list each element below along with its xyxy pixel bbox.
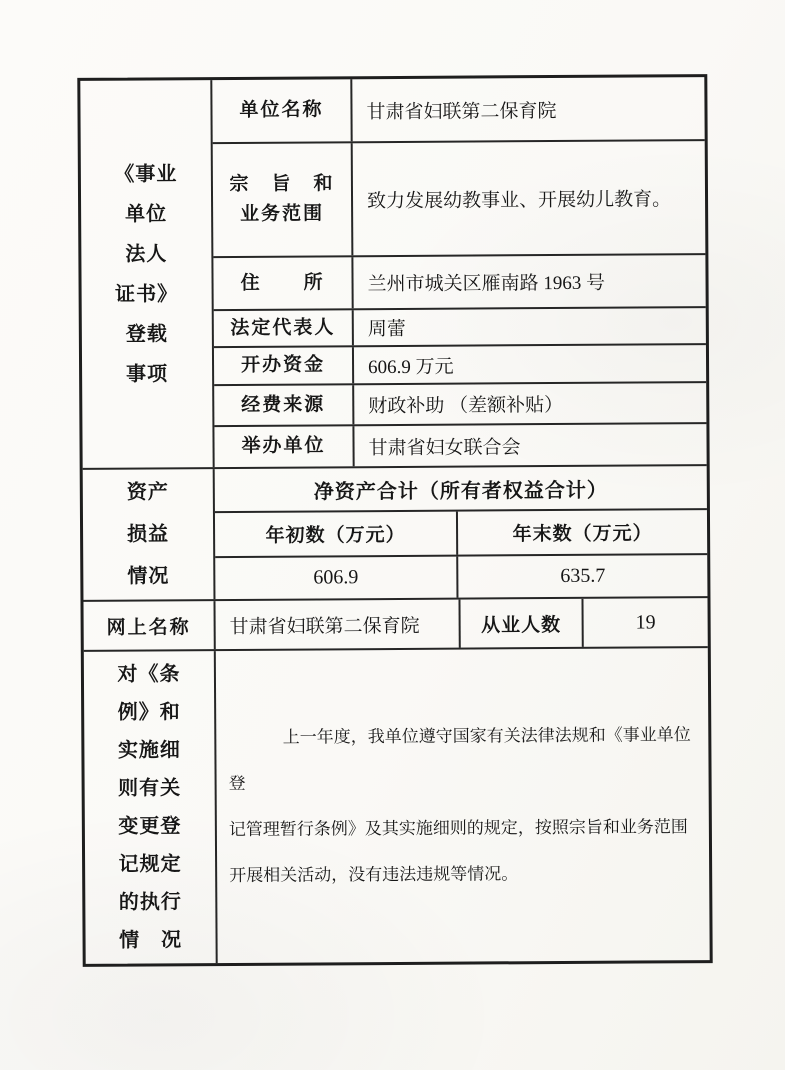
staff-count-value: 19 — [583, 598, 707, 647]
online-name-value: 甘肃省妇联第二保育院 — [215, 600, 460, 650]
row-legal-representative: 法定代表人 周蕾 — [214, 306, 706, 346]
row-sponsor-unit: 举办单位 甘肃省妇女联合会 — [214, 422, 706, 467]
unit-name-value: 甘肃省妇联第二保育院 — [352, 77, 704, 141]
row-net-assets-title: 净资产合计（所有者权益合计） — [215, 466, 707, 511]
assets-heading: 资产 损益 情况 — [127, 471, 170, 597]
section-assets: 资产 损益 情况 净资产合计（所有者权益合计） 年初数（万元） 年末数（万元） … — [83, 464, 708, 600]
row-assets-values: 606.9 635.7 — [215, 553, 707, 599]
mission-scope-label: 宗 旨 和 业务范围 — [213, 143, 354, 256]
section-certificate-items: 《事业 单位 法人 证书》 登载 事项 单位名称 甘肃省妇联第二保育院 宗 旨 … — [80, 77, 706, 468]
section1-row-header: 《事业 单位 法人 证书》 登载 事项 — [80, 80, 214, 468]
row-mission-scope: 宗 旨 和 业务范围 致力发展幼教事业、开展幼儿教育。 — [213, 139, 706, 256]
sponsor-unit-label: 举办单位 — [214, 426, 354, 467]
year-end-value: 635.7 — [458, 555, 707, 598]
section-online-name: 网上名称 甘肃省妇联第二保育院 从业人数 19 — [83, 596, 707, 650]
compliance-statement-cell: 上一年度，我单位遵守国家有关法律法规和《事业单位登 记管理暂行条例》及其实施细则… — [216, 648, 710, 963]
net-assets-title: 净资产合计（所有者权益合计） — [215, 466, 707, 511]
compliance-heading: 对《条 例》和 实施细 则有关 变更登 记规定 的执行 情 况 — [117, 655, 182, 959]
unit-name-label: 单位名称 — [212, 79, 352, 142]
scanned-page: 《事业 单位 法人 证书》 登载 事项 单位名称 甘肃省妇联第二保育院 宗 旨 … — [0, 0, 785, 1070]
certificate-items-heading: 《事业 单位 法人 证书》 登载 事项 — [114, 154, 178, 394]
online-name-label: 网上名称 — [83, 601, 215, 650]
funding-source-label: 经费来源 — [214, 385, 354, 425]
section2-row-header: 资产 损益 情况 — [83, 469, 216, 600]
section-compliance: 对《条 例》和 实施细 则有关 变更登 记规定 的执行 情 况 上一年度，我单位… — [84, 646, 710, 964]
funding-source-value: 财政补助 （差额补贴） — [354, 383, 706, 424]
address-label: 住 所 — [213, 257, 353, 309]
year-start-header: 年初数（万元） — [215, 512, 458, 556]
year-start-value: 606.9 — [215, 557, 458, 599]
row-unit-name: 单位名称 甘肃省妇联第二保育院 — [212, 77, 704, 142]
year-end-header: 年末数（万元） — [458, 510, 707, 555]
sponsor-unit-value: 甘肃省妇女联合会 — [354, 424, 706, 466]
row-assets-subheaders: 年初数（万元） 年末数（万元） — [215, 508, 707, 556]
legal-representative-value: 周蕾 — [354, 308, 706, 345]
section1-content: 单位名称 甘肃省妇联第二保育院 宗 旨 和 业务范围 致力发展幼教事业、开展幼儿… — [212, 77, 706, 467]
row-funding-source: 经费来源 财政补助 （差额补贴） — [214, 381, 706, 425]
row-address: 住 所 兰州市城关区雁南路 1963 号 — [213, 253, 705, 309]
staff-count-label: 从业人数 — [460, 599, 583, 648]
legal-representative-label: 法定代表人 — [214, 310, 354, 346]
compliance-statement-text: 上一年度，我单位遵守国家有关法律法规和《事业单位登 记管理暂行条例》及其实施细则… — [216, 712, 709, 899]
address-value: 兰州市城关区雁南路 1963 号 — [353, 255, 705, 308]
row-founding-capital: 开办资金 606.9 万元 — [214, 343, 706, 384]
founding-capital-label: 开办资金 — [214, 347, 354, 384]
registration-form-table: 《事业 单位 法人 证书》 登载 事项 单位名称 甘肃省妇联第二保育院 宗 旨 … — [77, 74, 712, 967]
section4-row-header: 对《条 例》和 实施细 则有关 变更登 记规定 的执行 情 况 — [84, 651, 218, 964]
founding-capital-value: 606.9 万元 — [354, 345, 706, 383]
section2-content: 净资产合计（所有者权益合计） 年初数（万元） 年末数（万元） 606.9 635… — [215, 466, 708, 599]
mission-scope-value: 致力发展幼教事业、开展幼儿教育。 — [353, 141, 706, 255]
